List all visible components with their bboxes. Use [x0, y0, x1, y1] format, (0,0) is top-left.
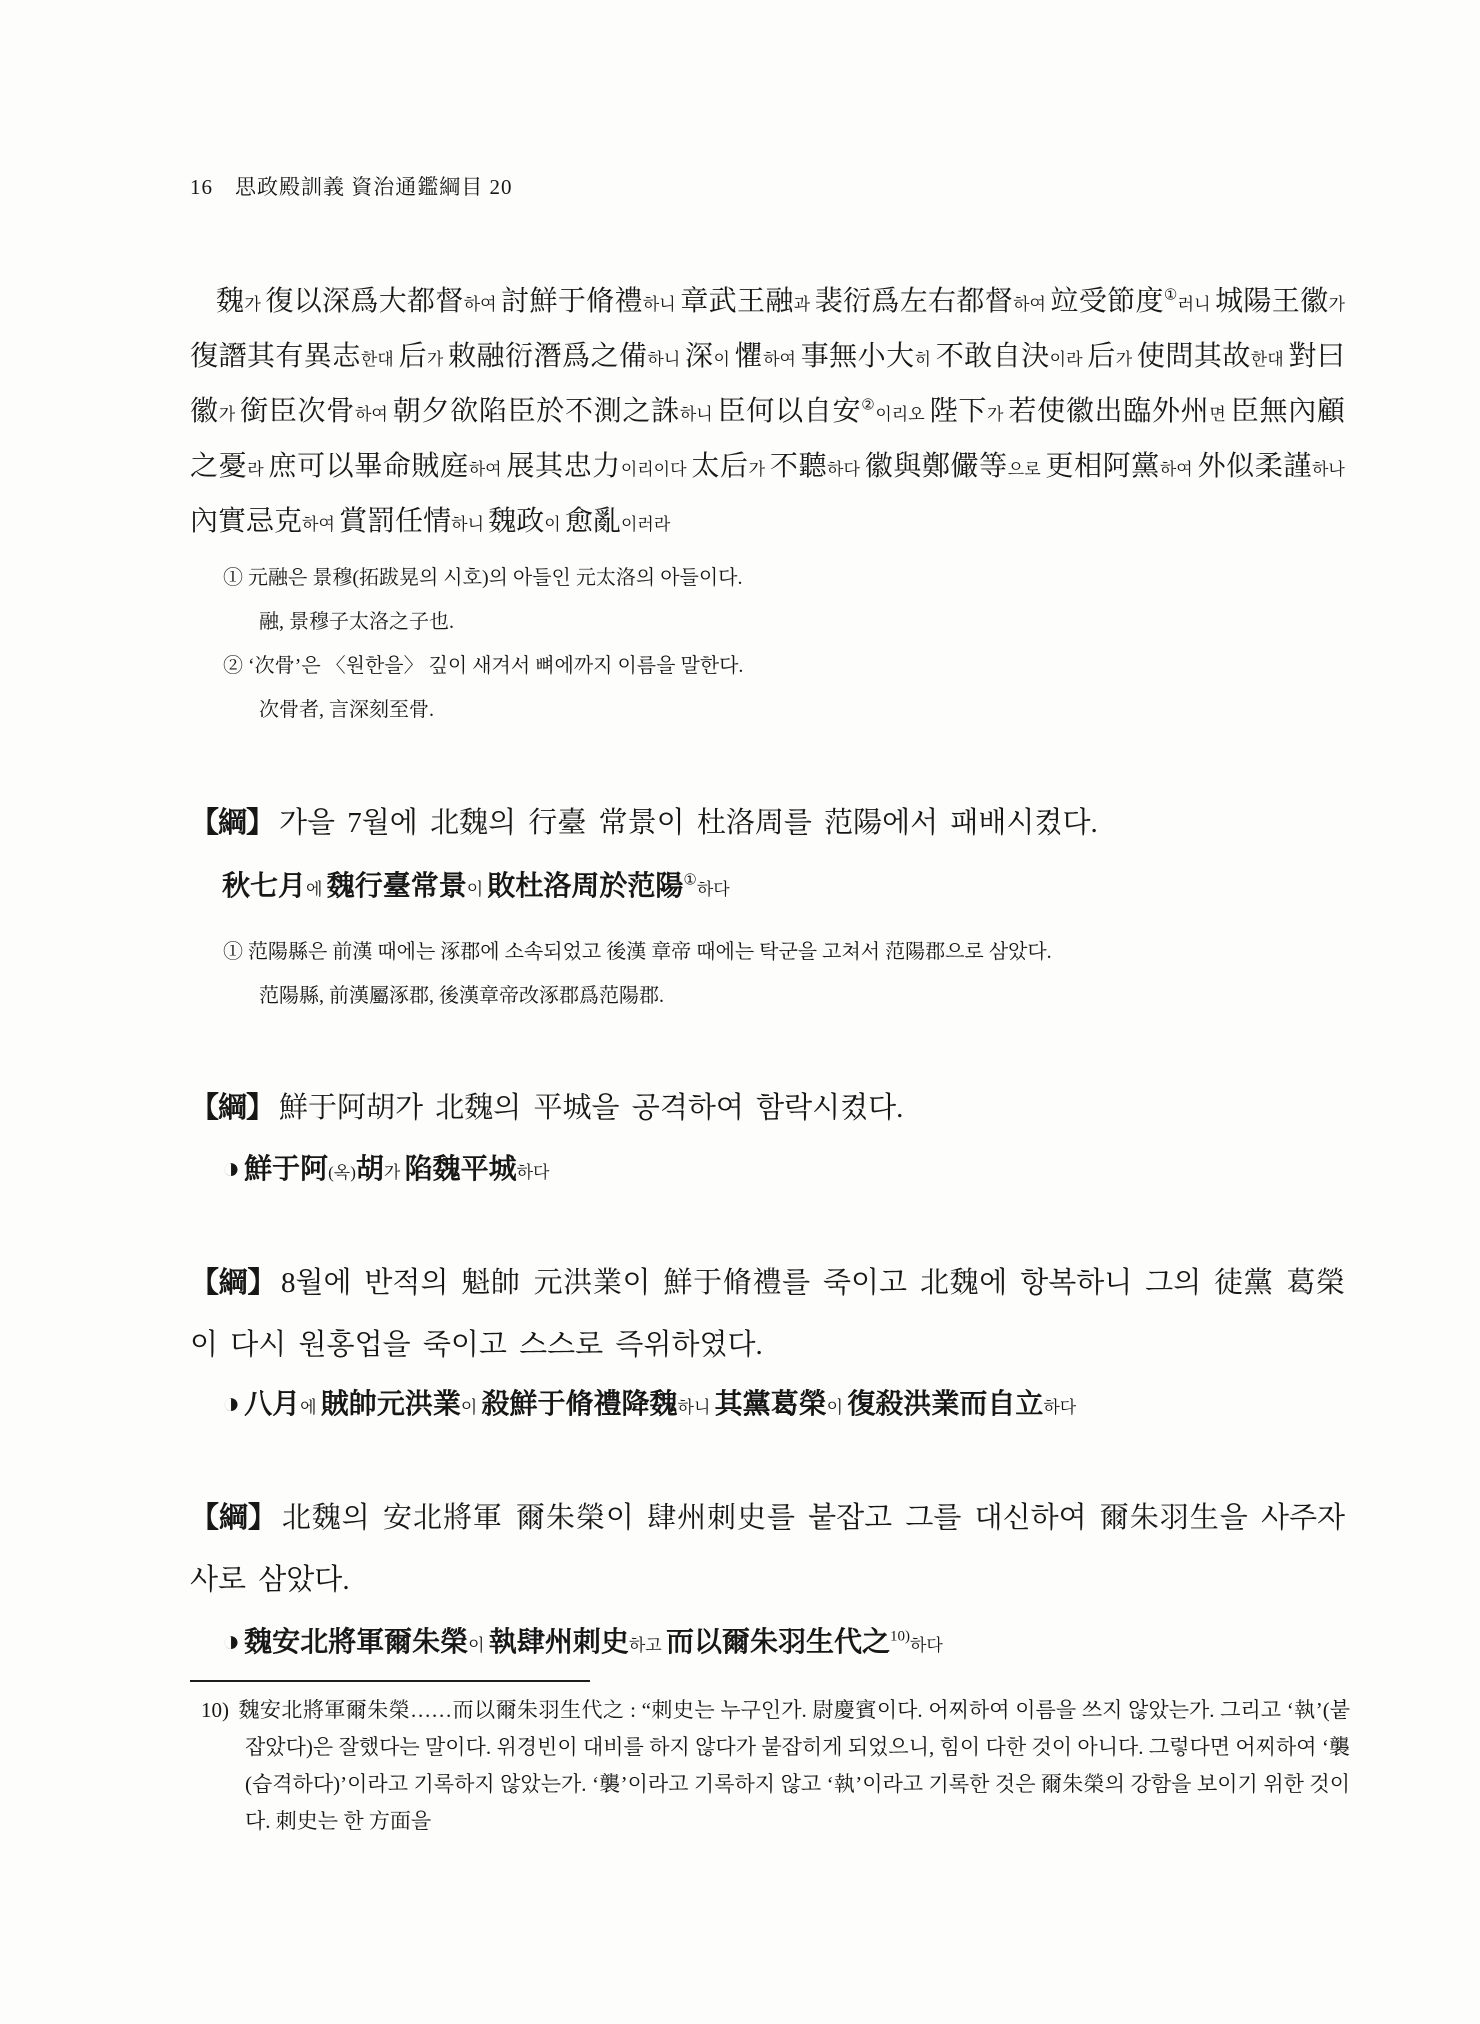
gang-heading-text: 北魏의 安北將軍 爾朱榮이 肆州刺史를 붙잡고 그를 대신하여 爾朱羽生을 사주…	[190, 1502, 1345, 1596]
annotation-note-1-korean: ① 元融은 景穆(拓跋晃의 시호)의 아들인 元太洛의 아들이다.	[259, 556, 1345, 600]
gang-marker: 【綱】	[190, 1267, 276, 1299]
annotation-note-2-korean: ② ‘次骨’은 〈원한을〉 깊이 새겨서 뼈에까지 이름을 말한다.	[259, 644, 1345, 688]
book-title: 思政殿訓義 資治通鑑綱目 20	[235, 174, 513, 200]
source-line-3: ◑八月에 賊帥元洪業이 殺鮮于脩禮降魏하니 其黨葛榮이 復殺洪業而自立하다	[222, 1384, 1345, 1428]
footnote-10: 10)魏安北將軍爾朱榮……而以爾朱羽生代之 : “刺史는 누구인가. 尉慶賓이다…	[190, 1692, 1350, 1840]
gang-heading-text: 8월에 반적의 魁帥 元洪業이 鮮于脩禮를 죽이고 北魏에 항복하니 그의 徒黨…	[190, 1267, 1345, 1361]
source-line-1: 秋七月에 魏行臺常景이 敗杜洛周於范陽①하다	[222, 867, 1345, 910]
footnote-separator-rule	[190, 1680, 590, 1682]
gang-section-3-heading: 【綱】8월에 반적의 魁帥 元洪業이 鮮于脩禮를 죽이고 北魏에 항복하니 그의…	[190, 1252, 1345, 1376]
annotation-note-1-hanja: 融, 景穆子太洛之子也.	[259, 600, 1345, 644]
source-line-2: ◑鮮于阿(옥)胡가 陷魏平城하다	[222, 1149, 1345, 1193]
page-number: 16	[190, 174, 213, 200]
annotation-note-2-hanja: 次骨者, 言深刻至骨.	[259, 688, 1345, 732]
book-page: 16 思政殿訓義 資治通鑑綱目 20 魏가 復以深爲大都督하여 討鮮于脩禮하니 …	[0, 0, 1480, 2024]
annotation-note-hanja: 范陽縣, 前漢屬涿郡, 後漢章帝改涿郡爲范陽郡.	[259, 974, 1345, 1018]
footnote-10-text: 魏安北將軍爾朱榮……而以爾朱羽生代之 : “刺史는 누구인가. 尉慶賓이다. 어…	[238, 1698, 1350, 1833]
gang-marker: 【綱】	[190, 1502, 277, 1534]
footnote-10-marker: 10)	[201, 1698, 229, 1722]
gang-marker: 【綱】	[190, 1092, 274, 1124]
gang-section-4-heading: 【綱】北魏의 安北將軍 爾朱榮이 肆州刺史를 붙잡고 그를 대신하여 爾朱羽生을…	[190, 1487, 1345, 1611]
section-1-annotation: ① 范陽縣은 前漢 때에는 涿郡에 소속되었고 後漢 章帝 때에는 탁군을 고쳐…	[190, 930, 1345, 1018]
page-header: 16 思政殿訓義 資治通鑑綱目 20	[190, 174, 513, 200]
gang-heading-text: 가을 7월에 北魏의 行臺 常景이 杜洛周를 范陽에서 패배시켰다.	[279, 807, 1098, 839]
annotated-body-paragraph: 魏가 復以深爲大都督하여 討鮮于脩禮하니 章武王融과 裴衍爲左右都督하여 竝受節…	[190, 276, 1345, 551]
gang-heading-text: 鮮于阿胡가 北魏의 平城을 공격하여 함락시켰다.	[279, 1092, 903, 1124]
annotation-note-korean: ① 范陽縣은 前漢 때에는 涿郡에 소속되었고 後漢 章帝 때에는 탁군을 고쳐…	[259, 930, 1345, 974]
gang-section-1-heading: 【綱】가을 7월에 北魏의 行臺 常景이 杜洛周를 范陽에서 패배시켰다.	[190, 792, 1345, 854]
gang-section-2-heading: 【綱】鮮于阿胡가 北魏의 平城을 공격하여 함락시켰다.	[190, 1077, 1345, 1139]
gang-marker: 【綱】	[190, 807, 274, 839]
source-line-4: ◑魏安北將軍爾朱榮이 執肆州刺史하고 而以爾朱羽生代之10)하다	[222, 1622, 1345, 1666]
paragraph-annotations: ① 元融은 景穆(拓跋晃의 시호)의 아들인 元太洛의 아들이다. 融, 景穆子…	[190, 556, 1345, 732]
